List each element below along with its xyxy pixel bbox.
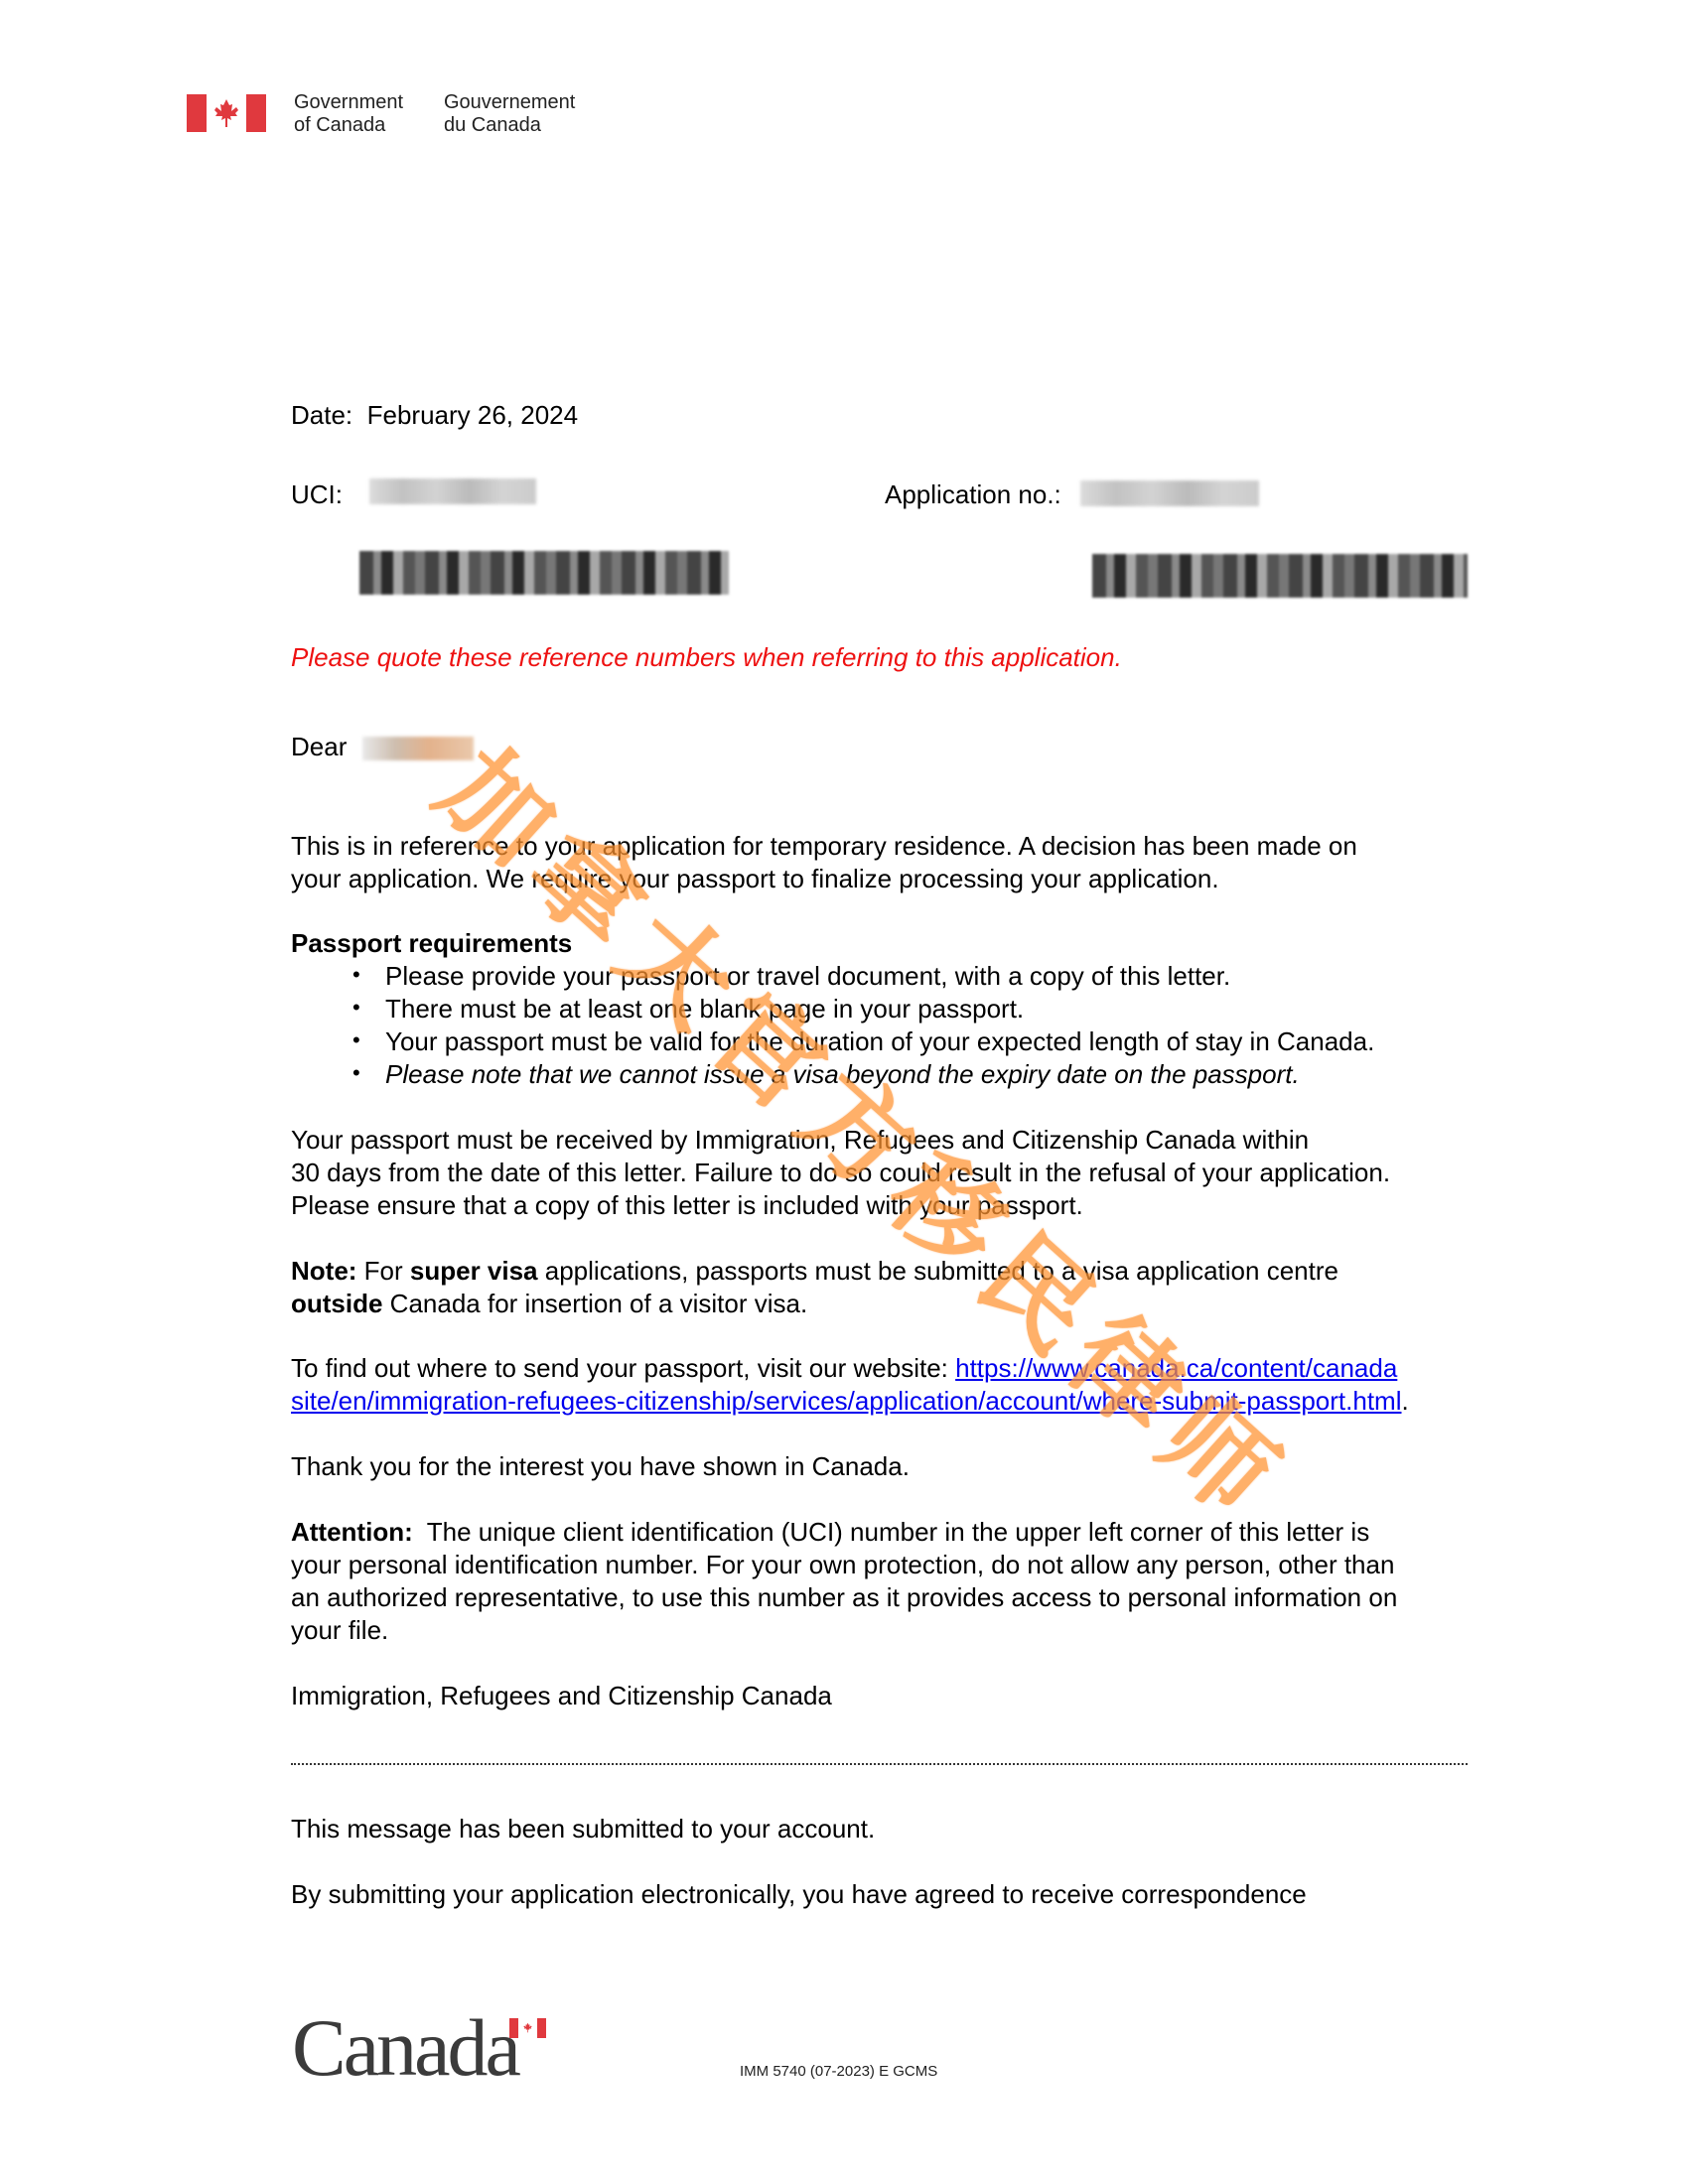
requirement-item: Please note that we cannot issue a visa …	[385, 1058, 1300, 1091]
attention-line3: an authorized representative, to use thi…	[291, 1581, 1397, 1614]
website-line1: To find out where to send your passport,…	[291, 1352, 1397, 1385]
electronic-notice: By submitting your application electroni…	[291, 1878, 1307, 1911]
period: .	[1401, 1386, 1408, 1416]
application-barcode-redacted	[1092, 554, 1468, 598]
requirement-item: Your passport must be valid for the dura…	[385, 1025, 1374, 1058]
gov-en-line2: of Canada	[294, 114, 403, 137]
attention-text: The unique client identification (UCI) n…	[413, 1517, 1369, 1547]
gov-fr-line1: Gouvernement	[444, 91, 575, 114]
note-text: applications, passports must be submitte…	[538, 1256, 1338, 1286]
reference-notice: Please quote these reference numbers whe…	[291, 641, 1122, 674]
gov-fr-line2: du Canada	[444, 114, 575, 137]
attention-line1: Attention: The unique client identificat…	[291, 1516, 1369, 1549]
para1-line2: your application. We require your passpo…	[291, 863, 1219, 895]
note-text: For	[356, 1256, 409, 1286]
note-label: Note:	[291, 1256, 356, 1286]
website-intro: To find out where to send your passport,…	[291, 1353, 955, 1383]
wordmark-flag-bar	[509, 2018, 518, 2038]
para2-line1: Your passport must be received by Immigr…	[291, 1124, 1309, 1157]
recipient-name-redacted	[362, 737, 474, 760]
date-label: Date:	[291, 400, 352, 430]
date-row: Date: February 26, 2024	[291, 399, 578, 432]
submitted-notice: This message has been submitted to your …	[291, 1813, 875, 1845]
flag-right-bar	[246, 94, 266, 132]
requirement-item: There must be at least one blank page in…	[385, 993, 1024, 1025]
salutation: Dear	[291, 731, 347, 763]
note-text: Canada for insertion of a visitor visa.	[382, 1289, 807, 1318]
thanks: Thank you for the interest you have show…	[291, 1450, 910, 1483]
application-value-redacted	[1080, 480, 1259, 506]
uci-value-redacted	[369, 478, 536, 504]
signature: Immigration, Refugees and Citizenship Ca…	[291, 1680, 832, 1712]
government-of-canada-fr: Gouvernement du Canada	[444, 91, 575, 137]
date-value: February 26, 2024	[367, 400, 578, 430]
passport-submission-link-continued[interactable]: site/en/immigration-refugees-citizenship…	[291, 1386, 1401, 1416]
maple-leaf-icon	[211, 98, 242, 128]
requirements-heading: Passport requirements	[291, 927, 572, 960]
uci-label: UCI:	[291, 478, 343, 511]
flag-left-bar	[187, 94, 207, 132]
para2-line3: Please ensure that a copy of this letter…	[291, 1189, 1083, 1222]
wordmark-flag-icon	[509, 2018, 546, 2038]
para1-line1: This is in reference to your application…	[291, 830, 1357, 863]
uci-barcode-redacted	[359, 551, 729, 595]
maple-leaf-icon	[522, 2021, 533, 2034]
attention-label: Attention:	[291, 1517, 413, 1547]
super-visa-emphasis: super visa	[410, 1256, 538, 1286]
wordmark-flag-bar	[537, 2018, 546, 2038]
attention-line4: your file.	[291, 1614, 388, 1647]
salutation-text: Dear	[291, 732, 347, 761]
bullet-icon: •	[352, 995, 360, 1021]
note-line2: outside Canada for insertion of a visito…	[291, 1288, 807, 1320]
bullet-icon: •	[352, 1027, 360, 1053]
bullet-icon: •	[352, 1060, 360, 1086]
dotted-divider	[291, 1763, 1468, 1765]
para2-line2: 30 days from the date of this letter. Fa…	[291, 1157, 1390, 1189]
canada-flag-icon	[187, 94, 266, 132]
passport-submission-link[interactable]: https://www.canada.ca/content/canada	[955, 1353, 1397, 1383]
requirement-item: Please provide your passport or travel d…	[385, 960, 1230, 993]
outside-emphasis: outside	[291, 1289, 382, 1318]
form-code: IMM 5740 (07-2023) E GCMS	[740, 2063, 937, 2080]
canada-wordmark: Canada	[292, 2007, 518, 2089]
bullet-icon: •	[352, 962, 360, 988]
website-line2: site/en/immigration-refugees-citizenship…	[291, 1385, 1409, 1418]
application-no-label: Application no.:	[885, 478, 1061, 511]
government-of-canada-en: Government of Canada	[294, 91, 403, 137]
gov-en-line1: Government	[294, 91, 403, 114]
attention-line2: your personal identification number. For…	[291, 1549, 1394, 1581]
note-line1: Note: For super visa applications, passp…	[291, 1255, 1338, 1288]
